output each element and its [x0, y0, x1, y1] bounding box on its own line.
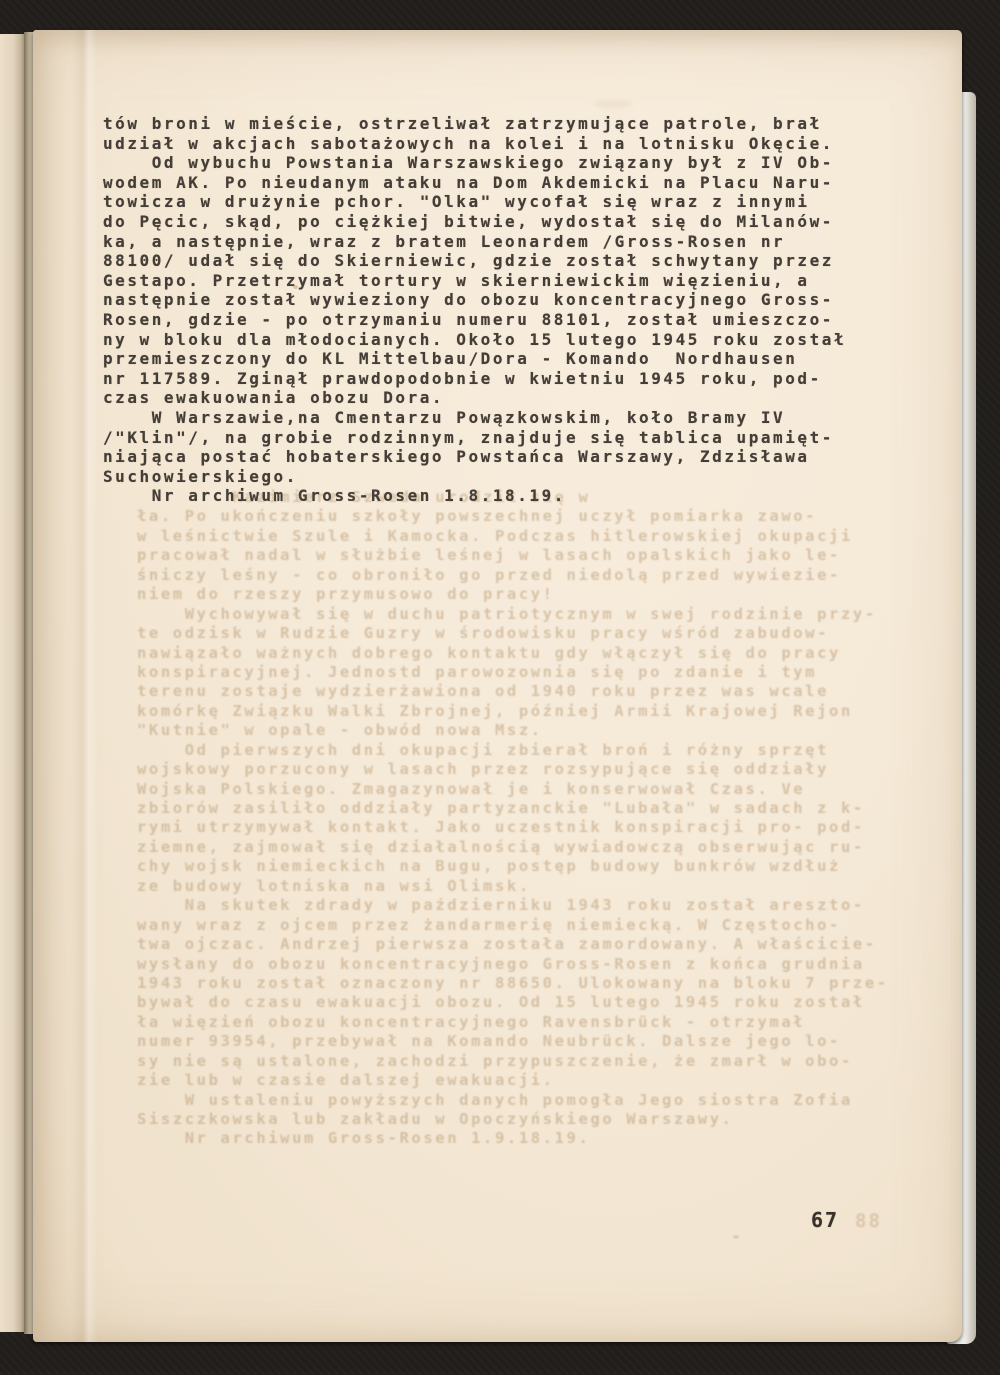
ghost-text: Kazimierz Szweda urodził się wła. Po uko… [137, 488, 889, 1149]
gutter-page-sliver [0, 34, 24, 1332]
ghost-line: ła. Po ukończeniu szkoły powszechnej ucz… [137, 507, 889, 526]
paper-blemish [593, 100, 633, 108]
ghost-page-number: 88 [855, 1210, 882, 1232]
ghost-line: numer 93954, przebywał na Komando Neubrü… [137, 1032, 889, 1051]
ghost-line: Nr archiwum Gross-Rosen 1.9.18.19. [137, 1129, 889, 1148]
ghost-line: ziemne, zajmował się działalnością wywia… [137, 838, 889, 857]
ghost-line: Na skutek zdrady w październiku 1943 rok… [137, 896, 889, 915]
ghost-line: zie lub w czasie dalszej ewakuacji. [137, 1071, 889, 1090]
ghost-line: wany wraz z ojcem przez żandarmerię niem… [137, 916, 889, 935]
ghost-line: śniczy leśny - co obroniło go przed nied… [137, 566, 889, 585]
ghost-line: ła więzień obozu koncentracyjnego Ravens… [137, 1013, 889, 1032]
ghost-line: W ustaleniu powyższych danych pomogła Je… [137, 1091, 889, 1110]
ghost-line: ze budowy lotniska na wsi Olimsk. [137, 877, 889, 896]
ghost-line: niem do rzeszy przymusowo do pracy! [137, 585, 889, 604]
ghost-line: 1943 roku został oznaczony nr 88650. Ulo… [137, 974, 889, 993]
ghost-line: Wojska Polskiego. Zmagazynował je i kons… [137, 780, 889, 799]
ghost-line: twa ojczac. Andrzej pierwsza została zam… [137, 935, 889, 954]
ghost-line: Od pierwszych dni okupacji zbierał broń … [137, 741, 889, 760]
page-number: 67 [811, 1208, 839, 1232]
ghost-line: zbiorów zasiliło oddziały partyzanckie "… [137, 799, 889, 818]
ghost-line: wysłany do obozu koncentracyjnego Gross-… [137, 955, 889, 974]
scan-background: Kazimierz Szweda urodził się wła. Po uko… [0, 0, 1000, 1375]
ghost-line: nawiązało ważnych dobrego kontaktu gdy w… [137, 644, 889, 663]
ghost-line: te odzisk w Rudzie Guzry w środowisku pr… [137, 624, 889, 643]
ghost-line: bywał do czasu ewakuacji obozu. Od 15 lu… [137, 993, 889, 1012]
ghost-line: chy wojsk niemieckich na Bugu, postęp bu… [137, 857, 889, 876]
ghost-line: w leśnictwie Szule i Kamocka. Podczas hi… [137, 527, 889, 546]
ghost-line: wojskowy porzucony w lasach przez rozsyp… [137, 760, 889, 779]
ghost-line: rymi utrzymywał kontakt. Jako uczestnik … [137, 818, 889, 837]
ghost-line: Siszczkowska lub zakładu w Opoczyńskiego… [137, 1110, 889, 1129]
ghost-line: Wychowywał się w duchu patriotycznym w s… [137, 605, 889, 624]
main-text: tów broni w mieście, ostrzeliwał zatrzym… [103, 114, 846, 506]
ghost-line: konspiracyjnej. Jednostd parowozownia si… [137, 663, 889, 682]
book-page: Kazimierz Szweda urodził się wła. Po uko… [33, 30, 962, 1342]
ghost-line: komórkę Związku Walki Zbrojnej, później … [137, 702, 889, 721]
ghost-line: sy nie są ustalone, zachodzi przypuszcze… [137, 1052, 889, 1071]
paper-blemish [733, 1235, 739, 1239]
ghost-line: "Kutnie" w opale - obwód nowa Msz. [137, 721, 889, 740]
ghost-line: terenu zostaje wydzierżawiona od 1940 ro… [137, 682, 889, 701]
ghost-line: pracował nadal w służbie leśnej w lasach… [137, 546, 889, 565]
